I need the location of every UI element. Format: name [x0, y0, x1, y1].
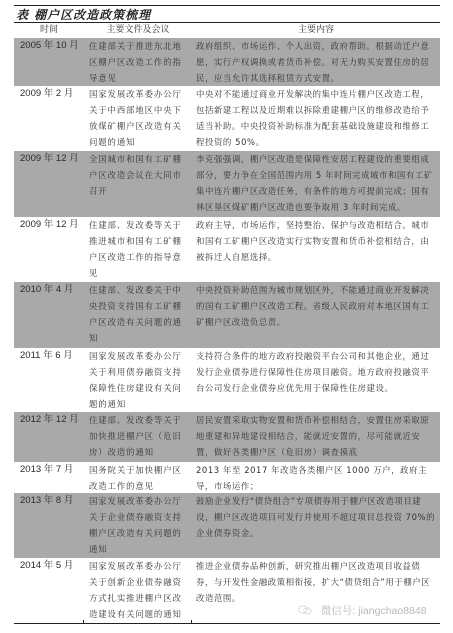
- bottom-rule: [14, 623, 440, 624]
- table-row: 2010 年 4 月 住建部、发改委关于中央投资支持国有工矿棚户区改造有关问题的…: [14, 282, 440, 348]
- cell-time: 2011 年 6 月: [20, 348, 84, 364]
- table-row: 2005 年 10 月 住建部关于推进东北地区棚户区改造工作的指导意见 政府组织…: [14, 38, 440, 86]
- table-title: 表 棚户区改造政策梳理: [16, 8, 151, 22]
- table-header: 时间 主要文件及会议 主要内容: [14, 23, 440, 38]
- watermark-text: 微信号: jiangchao8848: [321, 605, 427, 617]
- cell-time: 2014 年 5 月: [20, 558, 84, 574]
- wechat-icon: [298, 605, 312, 615]
- cell-content: 中央对不能通过商业开发解决的集中连片棚户区改造工程，包括新建工程以及近期难以拆除…: [196, 86, 436, 150]
- cell-document: 住建部、发改委等关于加快推进棚户区（危旧房）改造的通知: [89, 412, 189, 460]
- cell-document: 住建部、发改委关于中央投资支持国有工矿棚户区改造有关问题的通知: [89, 282, 189, 346]
- cell-document: 全国城市和国有工矿棚户区改造会议在大同市召开: [89, 151, 189, 199]
- cell-content: 2013 年至 2017 年改造各类棚户区 1000 万户，政府主导，市场运作；: [196, 462, 436, 494]
- cell-content: 居民安置采取实物安置和货币补偿相结合，安置住房采取原地重建和异地建设相结合，能就…: [196, 412, 436, 460]
- cell-content: 政府组织、市场运作、个人出资，政府帮助。根据动迁户意愿，实行产权调换或者货币补偿…: [196, 38, 436, 86]
- top-rule: [14, 5, 440, 6]
- header-time: 时间: [14, 23, 84, 38]
- table-row: 2013 年 7 月 国务院关于加快棚户区改造工作的意见 2013 年至 201…: [14, 462, 440, 493]
- cell-time: 2009 年 12 月: [20, 217, 84, 233]
- table-row: 2013 年 8 月 国家发展改革委办公厅关于企业债券融资支持棚户区改造有关问题…: [14, 493, 440, 558]
- cell-document: 国家发展改革委办公厅关于企业债券融资支持棚户区改造有关问题的通知: [89, 493, 189, 557]
- table-row: 2011 年 6 月 国家发展改革委办公厅关于利用债券融资支持保障性住房建设有关…: [14, 348, 440, 412]
- cell-time: 2012 年 12 月: [20, 412, 84, 428]
- cell-time: 2013 年 8 月: [20, 493, 84, 509]
- cell-time: 2009 年 2 月: [20, 86, 84, 102]
- cell-document: 国务院关于加快棚户区改造工作的意见: [89, 462, 189, 494]
- cell-document: 住建部、发改委等关于推进城市和国有工矿棚户区改造工作的指导意见: [89, 217, 189, 281]
- table-row: 2009 年 12 月 全国城市和国有工矿棚户区改造会议在大同市召开 李克强强调…: [14, 151, 440, 217]
- cell-content: 政府主导，市场运作，坚持整治、保护与改造相结合。城市和国有工矿棚户区改造实行实物…: [196, 217, 436, 265]
- cell-content: 中央投资补助范围为城市规划区外，不能通过商业开发解决的国有工矿棚户区改造工程。省…: [196, 282, 436, 330]
- table-row: 2009 年 12 月 住建部、发改委等关于推进城市和国有工矿棚户区改造工作的指…: [14, 217, 440, 282]
- header-content: 主要内容: [192, 23, 440, 38]
- cell-content: 鼓励企业发行“债贷组合”专项债券用于棚户区改造项目建设，棚户区改造项目可发行并使…: [196, 493, 436, 541]
- table-row: 2012 年 12 月 住建部、发改委等关于加快推进棚户区（危旧房）改造的通知 …: [14, 412, 440, 462]
- table-body: 2005 年 10 月 住建部关于推进东北地区棚户区改造工作的指导意见 政府组织…: [14, 38, 440, 623]
- cell-content: 支持符合条件的地方政府投融资平台公司和其他企业，通过发行企业债券进行保障性住房项…: [196, 348, 436, 396]
- cell-time: 2010 年 4 月: [20, 282, 84, 298]
- cell-document: 国家发展改革委办公厅关于中西部地区中央下放煤矿棚户区改造有关问题的通知: [89, 86, 189, 150]
- cell-content: 推进企业债券品种创新，研究推出棚户区改造项目收益债券，与开发性金融政策相衔接，扩…: [196, 558, 436, 606]
- cell-time: 2013 年 7 月: [20, 462, 84, 478]
- cell-document: 国家发展改革委办公厅关于创新企业债券融资方式扎实推进棚户区改造建设有关问题的通知: [89, 558, 189, 622]
- header-document: 主要文件及会议: [84, 23, 192, 38]
- table-row: 2009 年 2 月 国家发展改革委办公厅关于中西部地区中央下放煤矿棚户区改造有…: [14, 86, 440, 151]
- cell-content: 李克强强调，棚户区改造是保障性安居工程建设的重要组成部分，要力争在全国范围内用 …: [196, 151, 436, 215]
- cell-time: 2009 年 12 月: [20, 151, 84, 167]
- cell-document: 国家发展改革委办公厅关于利用债券融资支持保障性住房建设有关问题的通知: [89, 348, 189, 412]
- cell-document: 住建部关于推进东北地区棚户区改造工作的指导意见: [89, 38, 189, 86]
- watermark: 微信号: jiangchao8848: [298, 603, 427, 618]
- cell-time: 2005 年 10 月: [20, 38, 84, 54]
